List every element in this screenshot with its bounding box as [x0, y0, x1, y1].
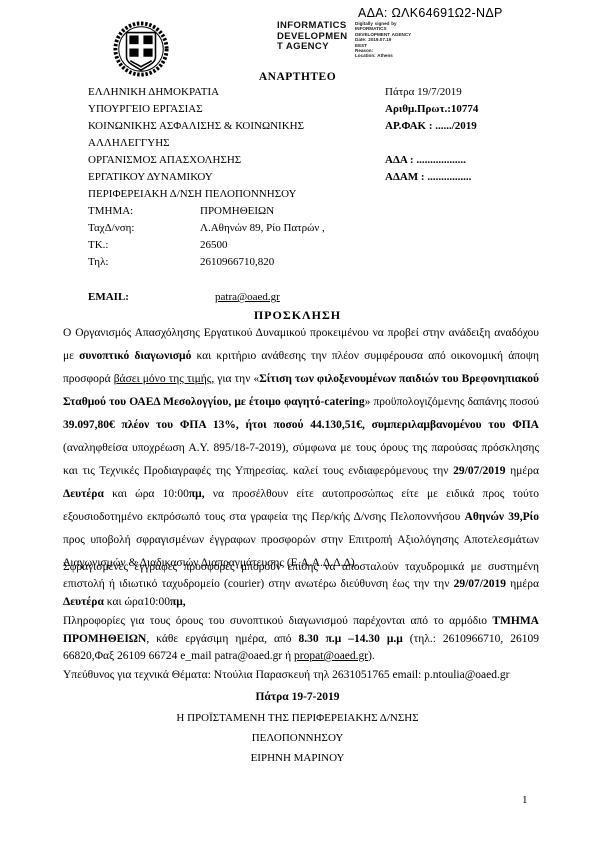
- body-flow: Σφραγισμένες έγγραφες προσφορές μπορούν …: [63, 559, 539, 687]
- field-value: ΠΡΟΜΗΘΕΙΩΝ: [200, 203, 274, 220]
- field-label: ΤαχΔ/νση:: [88, 220, 134, 237]
- page-number: 1: [522, 794, 528, 806]
- field-department: ΤΜΗΜΑ: ΠΡΟΜΗΘΕΙΩΝ: [88, 203, 378, 220]
- signature-date: Πάτρα 19-7-2019: [0, 691, 595, 703]
- signatory-title-line1: Η ΠΡΟΪΣΤΑΜΕΝΗ ΤΗΣ ΠΕΡΙΦΕΡΕΙΑΚΗΣ Δ/ΝΣΗΣ: [0, 712, 595, 724]
- field-phone: Τηλ: 2610966710,820: [88, 254, 378, 271]
- stamp-agency-name: INFORMATICS DEVELOPMEN T AGENCY: [277, 21, 351, 53]
- field-label: Τηλ:: [88, 254, 108, 271]
- signatory-title-line2: ΠΕΛΟΠΟΝΝΗΣΟΥ: [0, 732, 595, 744]
- document-page: ΑΔΑ: ΩΛΚ64691Ω2-ΝΔΡ INFORMATICS DEVELOPM…: [0, 0, 595, 842]
- field-value: 26500: [200, 237, 228, 254]
- place-date: Πάτρα 19/7/2019: [385, 84, 555, 101]
- field-value: 2610966710,820: [200, 254, 274, 271]
- postal-submission-paragraph: Σφραγισμένες έγγραφες προσφορές μπορούν …: [63, 559, 539, 611]
- ada-field: ΑΔΑ : ..................: [385, 152, 555, 169]
- spacer: [385, 135, 555, 152]
- information-paragraph: Πληροφορίες για τους όρους του συνοπτικο…: [63, 613, 539, 665]
- org-line: ΕΡΓΑΤΙΚΟΥ ΔΥΝΑΜΙΚΟΥ: [88, 169, 378, 186]
- adam-field: ΑΔΑΜ : ................: [385, 169, 555, 186]
- main-paragraph: Ο Οργανισμός Απασχόλησης Εργατικού Δυναμ…: [63, 322, 539, 575]
- field-value: Λ.Αθηνών 89, Ρίο Πατρών ,: [200, 220, 325, 237]
- email-link[interactable]: patra@oaed.gr: [215, 289, 280, 306]
- org-line: ΕΛΛΗΝΙΚΗ ΔΗΜΟΚΡΑΤΙΑ: [88, 84, 378, 101]
- field-label: ΤΚ.:: [88, 237, 108, 254]
- document-title: ΠΡΟΣΚΛΗΣΗ: [0, 308, 595, 323]
- signatory-name: ΕΙΡΗΝΗ ΜΑΡΙΝΟΥ: [0, 752, 595, 764]
- greek-national-emblem-icon: [112, 20, 170, 78]
- file-number: ΑΡ.ΦΑΚ : ....../2019: [385, 118, 555, 135]
- stamp-signature-details: Digitally signed by INFORMATICS DEVELOPM…: [355, 21, 423, 59]
- protocol-number: Αριθμ.Πρωτ.:10774: [385, 101, 555, 118]
- header-left-block: ΕΛΛΗΝΙΚΗ ΔΗΜΟΚΡΑΤΙΑ ΥΠΟΥΡΓΕΙΟ ΕΡΓΑΣΙΑΣ Κ…: [88, 84, 378, 306]
- ada-reference: ΑΔΑ: ΩΛΚ64691Ω2-ΝΔΡ: [358, 6, 503, 20]
- org-line: ΠΕΡΙΦΕΡΕΙΑΚΗ Δ/ΝΣΗ ΠΕΛΟΠΟΝΝΗΣΟΥ: [88, 186, 378, 203]
- technical-contact-paragraph: Υπεύθυνος για τεχνικά Θέματα: Ντούλια Πα…: [63, 667, 539, 684]
- digital-signature-stamp: INFORMATICS DEVELOPMEN T AGENCY Digitall…: [277, 21, 427, 59]
- field-address: ΤαχΔ/νση: Λ.Αθηνών 89, Ρίο Πατρών ,: [88, 220, 378, 237]
- field-email: EMAIL: patra@oaed.gr: [88, 289, 378, 306]
- anartiteo-label: ΑΝΑΡΤΗΤΕΟ: [0, 71, 595, 83]
- field-label: EMAIL:: [88, 289, 129, 306]
- org-line: ΥΠΟΥΡΓΕΙΟ ΕΡΓΑΣΙΑΣ: [88, 101, 378, 118]
- field-label: ΤΜΗΜΑ:: [88, 203, 133, 220]
- org-line: ΚΟΙΝΩΝΙΚΗΣ ΑΣΦΑΛΙΣΗΣ & ΚΟΙΝΩΝΙΚΗΣ: [88, 118, 378, 135]
- org-line: ΑΛΛΗΛΕΓΓΥΗΣ: [88, 135, 378, 152]
- field-postcode: ΤΚ.: 26500: [88, 237, 378, 254]
- org-line: ΟΡΓΑΝΙΣΜΟΣ ΑΠΑΣΧΟΛΗΣΗΣ: [88, 152, 378, 169]
- email-link[interactable]: propat@oaed.gr: [294, 650, 368, 662]
- header-right-block: Πάτρα 19/7/2019 Αριθμ.Πρωτ.:10774 ΑΡ.ΦΑΚ…: [385, 84, 555, 186]
